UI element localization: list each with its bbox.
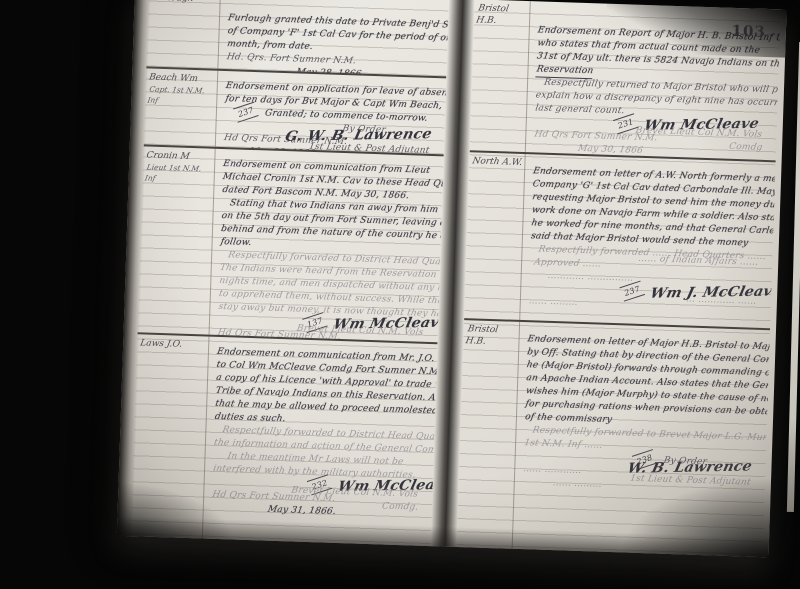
entry-label-line: Furlough xyxy=(151,0,219,6)
handwritten-line: Comdg xyxy=(728,141,764,155)
entry-body: Endorsement on communication from Mr. J.… xyxy=(203,337,438,546)
ledger-page: FurloughFurlough granted this date to Pr… xyxy=(117,0,787,557)
entry-label-line: Bristol H.B. xyxy=(465,323,519,349)
ledger-entry: FurloughFurlough granted this date to Pr… xyxy=(146,0,448,78)
entry-body: Endorsement on application for leave of … xyxy=(216,71,446,155)
entry-body: Endorsement on communication from LieutM… xyxy=(210,149,444,342)
ledger-right-page: 103 Bristol H.B.Endorsement on Report of… xyxy=(457,0,781,557)
next-page-edge-sliver xyxy=(787,42,800,512)
handwritten-line: May 31, 1866. xyxy=(267,504,337,519)
page-number: 103 xyxy=(731,22,766,41)
entry-label: Bristol H.B. xyxy=(457,320,520,549)
handwritten-line: …… ……… xyxy=(552,477,603,492)
corner-shadow-bottom-left xyxy=(117,481,239,540)
handwritten-line: Comdg. xyxy=(380,500,419,514)
entry-label-line: Bristol H.B. xyxy=(475,2,529,28)
entry-body: Endorsement on letter of A.W. North form… xyxy=(520,154,775,328)
entry-label: Beach WmCapt. 1st N.M. Inf xyxy=(144,68,218,146)
ledger-left-page: FurloughFurlough granted this date to Pr… xyxy=(131,0,449,546)
ledger-entry: North A.W.Endorsement on letter of A.W. … xyxy=(464,152,775,330)
entry-label: Cronin MLieut 1st N.M. Inf xyxy=(138,146,216,334)
ledger-entry: Cronin MLieut 1st N.M. InfEndorsement on… xyxy=(138,146,444,344)
entry-label: Bristol H.B. xyxy=(470,0,531,152)
handwritten-line: …… ……… xyxy=(528,295,579,310)
handwritten-line: … ………… …… xyxy=(685,293,758,308)
entry-label: Furlough xyxy=(146,0,221,69)
entry-label-line: Capt. 1st N.M. Inf xyxy=(147,84,217,108)
entry-label-line: Laws J.O. xyxy=(139,337,207,351)
entry-body: Furlough granted this date to Private Be… xyxy=(218,0,448,76)
entry-label: North A.W. xyxy=(464,152,525,320)
corner-shadow-bottom-right xyxy=(619,472,772,557)
right-page-entries: Bristol H.B.Endorsement on Report of Maj… xyxy=(457,0,781,557)
entry-label-line: North A.W. xyxy=(471,155,523,169)
left-page-entries: FurloughFurlough granted this date to Pr… xyxy=(131,0,449,546)
microfilm-scan-background: FurloughFurlough granted this date to Pr… xyxy=(0,0,800,589)
entry-label-line: Lieut 1st N.M. Inf xyxy=(144,162,214,186)
ledger-entry: Beach WmCapt. 1st N.M. InfEndorsement on… xyxy=(144,68,446,156)
